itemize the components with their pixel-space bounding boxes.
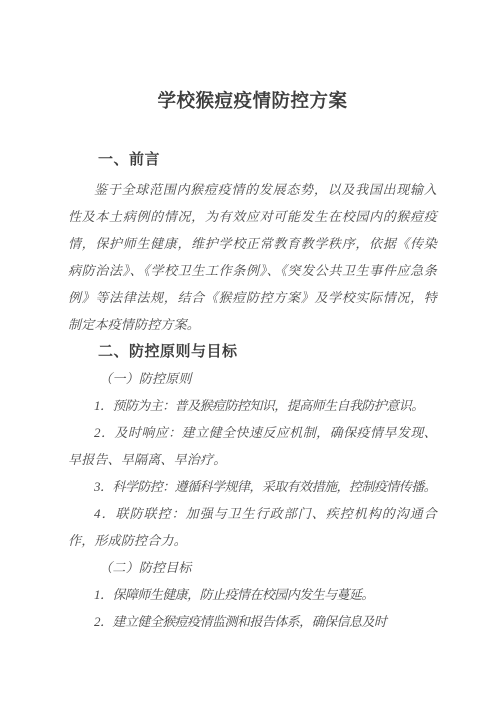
subheading-prevention-principles: （一）防控原则 bbox=[68, 365, 437, 392]
document-body: 一、前言 鉴于全球范围内猴痘疫情的发展态势，以及我国出现输入性及本土病例的情况，… bbox=[68, 146, 437, 635]
document-page: 学校猴痘疫情防控方案 一、前言 鉴于全球范围内猴痘疫情的发展态势，以及我国出现输… bbox=[0, 0, 500, 707]
section-heading-foreword: 一、前言 bbox=[68, 146, 437, 173]
subheading-prevention-goals: （二）防控目标 bbox=[68, 554, 437, 581]
goal-item-2: 2．建立健全猴痘疫情监测和报告体系，确保信息及时 bbox=[68, 608, 437, 635]
principle-item-3: 3．科学防控：遵循科学规律，采取有效措施，控制疫情传播。 bbox=[68, 473, 437, 500]
principle-item-4: 4．联防联控：加强与卫生行政部门、疾控机构的沟通合作，形成防控合力。 bbox=[68, 500, 437, 554]
principle-item-1: 1．预防为主：普及猴痘防控知识，提高师生自我防护意识。 bbox=[68, 392, 437, 419]
goal-item-1: 1．保障师生健康，防止疫情在校园内发生与蔓延。 bbox=[68, 581, 437, 608]
principle-item-2: 2．及时响应：建立健全快速反应机制，确保疫情早发现、早报告、早隔离、早治疗。 bbox=[68, 419, 437, 473]
paragraph-foreword: 鉴于全球范围内猴痘疫情的发展态势，以及我国出现输入性及本土病例的情况，为有效应对… bbox=[68, 176, 437, 338]
document-title: 学校猴痘疫情防控方案 bbox=[68, 88, 437, 114]
section-heading-principles-goals: 二、防控原则与目标 bbox=[68, 338, 437, 365]
